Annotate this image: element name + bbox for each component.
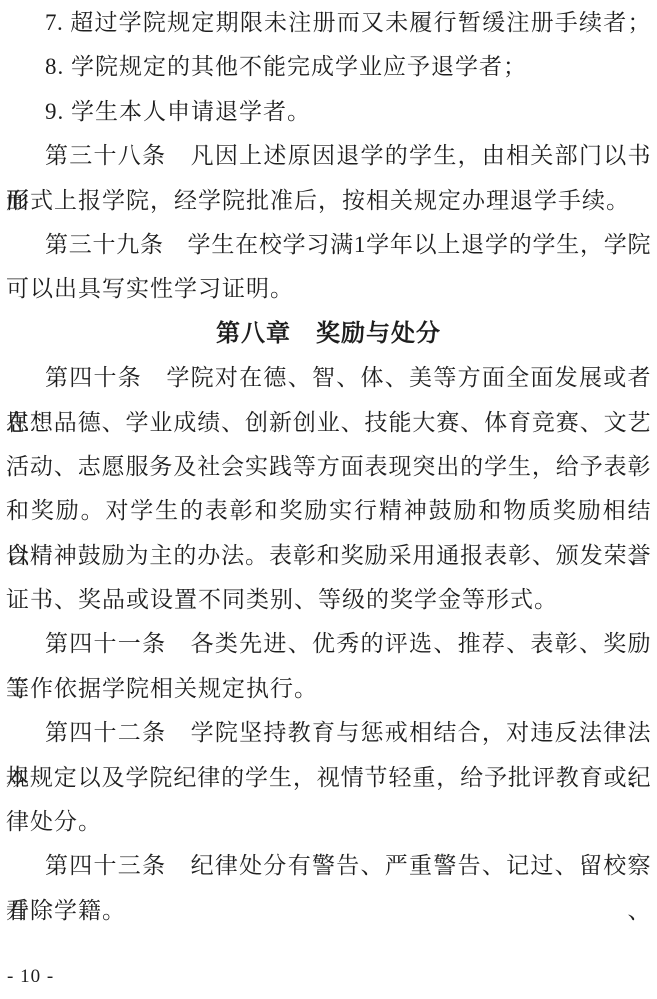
doc-line-article-43: 第四十三条 纪律处分有警告、严重警告、记过、留校察看、: [6, 844, 651, 888]
page-number: - 10 -: [7, 966, 54, 988]
doc-line-item-8: 8. 学院规定的其他不能完成学业应予退学者；: [6, 45, 651, 89]
doc-line: 和奖励。对学生的表彰和奖励实行精神鼓励和物质奖励相结合、: [6, 489, 651, 533]
doc-line-item-7: 7. 超过学院规定期限未注册而又未履行暂缓注册手续者；: [6, 1, 651, 45]
doc-line: 工作依据学院相关规定执行。: [6, 667, 651, 711]
doc-line: 形式上报学院，经学院批准后，按相关规定办理退学手续。: [6, 179, 651, 223]
doc-line: 证书、奖品或设置不同类别、等级的奖学金等形式。: [6, 578, 651, 622]
doc-line: 思想品德、学业成绩、创新创业、技能大赛、体育竞赛、文艺: [6, 401, 651, 445]
doc-line: 以精神鼓励为主的办法。表彰和奖励采用通报表彰、颁发荣誉: [6, 534, 651, 578]
document-page: 7. 超过学院规定期限未注册而又未履行暂缓注册手续者； 8. 学院规定的其他不能…: [0, 0, 657, 999]
doc-line: 活动、志愿服务及社会实践等方面表现突出的学生，给予表彰: [6, 445, 651, 489]
doc-line: 律处分。: [6, 800, 651, 844]
doc-line-item-9: 9. 学生本人申请退学者。: [6, 90, 651, 134]
doc-line-article-39: 第三十九条 学生在校学习满1学年以上退学的学生，学院: [6, 223, 651, 267]
doc-line: 可以出具写实性学习证明。: [6, 267, 651, 311]
doc-line: 本规定以及学院纪律的学生，视情节轻重，给予批评教育或纪: [6, 756, 651, 800]
doc-line-article-40: 第四十条 学院对在德、智、体、美等方面全面发展或者在: [6, 356, 651, 400]
chapter-heading: 第八章 奖励与处分: [6, 312, 651, 356]
doc-line-article-42: 第四十二条 学院坚持教育与惩戒相结合，对违反法律法规、: [6, 711, 651, 755]
doc-line-article-38: 第三十八条 凡因上述原因退学的学生，由相关部门以书面: [6, 134, 651, 178]
doc-line-article-41: 第四十一条 各类先进、优秀的评选、推荐、表彰、奖励等: [6, 622, 651, 666]
